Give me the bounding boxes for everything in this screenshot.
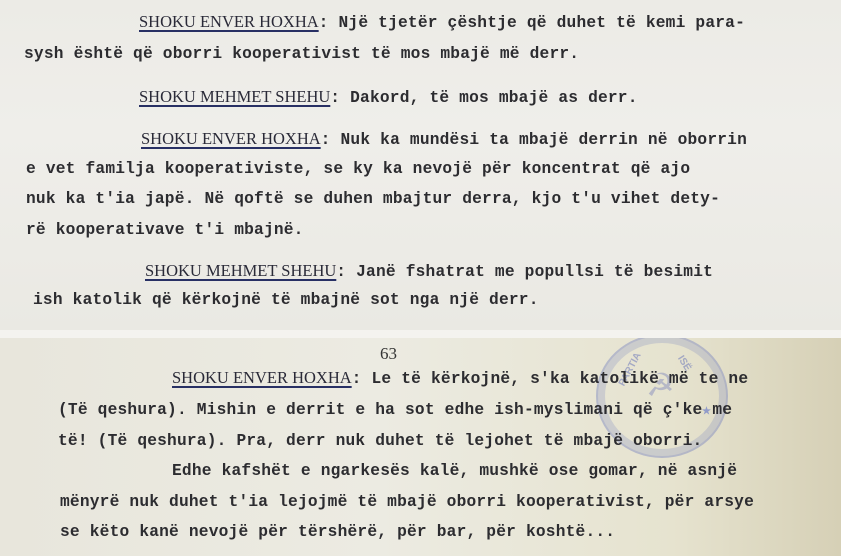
- speaker-name: SHOKU ENVER HOXHA: [139, 12, 319, 31]
- text-line: SHOKU MEHMET SHEHU: Janë fshatrat me pop…: [145, 261, 713, 281]
- text-line: SHOKU MEHMET SHEHU: Dakord, të mos mbajë…: [139, 87, 638, 107]
- text-line: SHOKU ENVER HOXHA: Le të kërkojnë, s'ka …: [172, 368, 748, 388]
- speaker-name: SHOKU MEHMET SHEHU: [145, 261, 336, 280]
- text-line: ish katolik që kërkojnë të mbajnë sot ng…: [33, 291, 539, 309]
- text-line: rë kooperativave t'i mbajnë.: [26, 221, 304, 239]
- speaker-name: SHOKU ENVER HOXHA: [141, 129, 321, 148]
- text-line: mënyrë nuk duhet t'ia lejojmë të mbajë o…: [60, 493, 754, 511]
- text-line: Edhe kafshët e ngarkesës kalë, mushkë os…: [172, 462, 737, 480]
- text-line: të! (Të qeshura). Pra, derr nuk duhet të…: [58, 432, 702, 450]
- text-line: SHOKU ENVER HOXHA: Një tjetër çështje që…: [139, 12, 745, 32]
- speaker-name: SHOKU ENVER HOXHA: [172, 368, 352, 387]
- document-page-bottom: PARTIA ISË ☭ ★ 63 SHOKU ENVER HOXHA: Le …: [0, 338, 841, 556]
- text-line: sysh është që oborri kooperativist të mo…: [24, 45, 579, 63]
- text-line: (Të qeshura). Mishin e derrit e ha sot e…: [58, 401, 732, 419]
- document-page-top: SHOKU ENVER HOXHA: Një tjetër çështje që…: [0, 0, 841, 330]
- text-line: e vet familja kooperativiste, se ky ka n…: [26, 160, 690, 178]
- text-line: nuk ka t'ia japë. Në qoftë se duhen mbaj…: [26, 190, 720, 208]
- page-number: 63: [380, 344, 397, 364]
- text-line: se këto kanë nevojë për tërshërë, për ba…: [60, 523, 615, 541]
- speaker-name: SHOKU MEHMET SHEHU: [139, 87, 330, 106]
- text-line: SHOKU ENVER HOXHA: Nuk ka mundësi ta mba…: [141, 129, 747, 149]
